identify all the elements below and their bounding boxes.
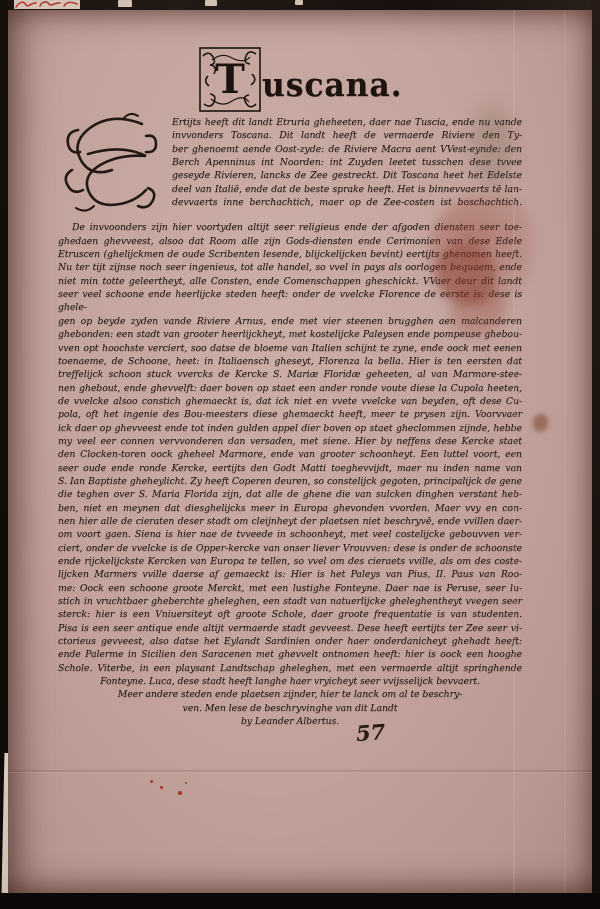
text-line: ctorieus gevveest, also datse het Eyland… xyxy=(58,635,522,648)
text-line: gen op beyde zyden vande Riviere Arnus, … xyxy=(58,315,522,328)
text-line: die teghen over S. Maria Florida zijn, d… xyxy=(58,488,522,501)
red-speck xyxy=(160,786,163,789)
text-line: den Clocken-toren oock gheheel Marmore, … xyxy=(58,448,522,461)
text-line: my veel eer connen vervvonderen dan vers… xyxy=(58,435,522,448)
text-line: niet min totte geleertheyt, alle Consten… xyxy=(58,275,522,288)
text-line: treffelijck schoon stuck vvercks de Kerc… xyxy=(58,368,522,381)
crease-line xyxy=(564,10,566,893)
brown-spot xyxy=(533,414,548,432)
text-line: ben, niet en meynen dat diesghelijcks me… xyxy=(58,502,522,515)
text-line: seer veel schoone ende heerlijcke steden… xyxy=(58,288,522,315)
text-line: nen ghebout, ende ghevvelft: daer boven … xyxy=(58,382,522,395)
scanned-book-photo: { "document": { "title": { "initial": "T… xyxy=(0,0,600,909)
paper-notch xyxy=(205,0,217,6)
red-speck xyxy=(178,791,182,795)
text-line: De invvoonders zijn hier voortyden altij… xyxy=(58,221,522,234)
text-line: ghedaen ghevveest, alsoo dat Room alle z… xyxy=(58,235,522,248)
woodcut-initial-icon: T xyxy=(198,46,262,113)
text-line: om voort gaen. Siena is hier nae de tvve… xyxy=(58,528,522,541)
red-speck xyxy=(185,782,187,784)
text-line: ciert, onder de vvelcke is de Opper-kerc… xyxy=(58,542,522,555)
marginalia-strip xyxy=(14,0,80,9)
text-line: ende Palerme in Sicilien den Saracenen m… xyxy=(58,648,522,661)
crease-line xyxy=(513,10,515,893)
text-line: Schole. Viterbe, in een playsant Landtsc… xyxy=(58,662,522,675)
red-marginalia-icon xyxy=(14,0,80,9)
text-line: stich in vruchtbaer gheberchte gheleghen… xyxy=(58,595,522,608)
paper-notch xyxy=(118,0,132,7)
text-line: seer oude ende ronde Kercke, eertijts de… xyxy=(58,462,522,475)
svg-text:T: T xyxy=(215,56,245,103)
paper-notch xyxy=(295,0,303,5)
paragraph-2: De invvoonders zijn hier voortyden altij… xyxy=(58,221,522,675)
body-text: Ertijts heeft dit landt Etruria gheheete… xyxy=(58,116,522,728)
text-line: me: Oock een schoone groote Merckt, met … xyxy=(58,582,522,595)
text-line: ghebonden: een stadt van grooter heerlij… xyxy=(58,328,522,341)
text-line: lijcken Marmers vville daerse af gemaeck… xyxy=(58,568,522,581)
text-line: Etruscen (ghelijckmen de oude Scribenten… xyxy=(58,248,522,261)
text-line: ick daer op ghevveest ende tot inden gul… xyxy=(58,422,522,435)
text-line: sterck: hier is een Vniuersiteyt oft gro… xyxy=(58,608,522,621)
bottom-edge-band xyxy=(0,893,600,909)
text-line: pola, oft het ingenie des Bou-meesters d… xyxy=(58,408,522,421)
text-line: nen hier alle de cieraten deser stadt om… xyxy=(58,515,522,528)
text-line: Nu ter tijt zijnse noch seer ingenieus, … xyxy=(58,261,522,274)
page-title: uscana. xyxy=(262,68,403,101)
book-page: T uscana. Ertijts heeft dit landt Etruri… xyxy=(8,10,592,893)
red-speck xyxy=(261,561,263,563)
text-line: ende rijckelijckste Kercken van Europa t… xyxy=(58,555,522,568)
page-number: 57 xyxy=(355,719,386,746)
right-edge-band xyxy=(591,0,600,909)
text-line: de vvelcke alsoo constich ghemaeckt is, … xyxy=(58,395,522,408)
red-speck xyxy=(150,780,153,783)
text-line: toenaeme, de Schoone, heet: in Italiaens… xyxy=(58,355,522,368)
crease-line xyxy=(8,770,592,772)
text-line: Pisa is een seer antique ende altijt ver… xyxy=(58,622,522,635)
text-line: Fonteyne. Luca, dese stadt heeft langhe … xyxy=(58,675,522,688)
text-line: ven. Men lese de beschryvinghe van dit L… xyxy=(58,702,522,715)
closing-lines: Fonteyne. Luca, dese stadt heeft langhe … xyxy=(58,675,522,728)
text-line: S. Ian Baptiste gheheylicht. Zy heeft Co… xyxy=(58,475,522,488)
text-line: Meer andere steden ende plaetsen zijnder… xyxy=(58,688,522,701)
drop-cap-icon xyxy=(58,110,166,218)
text-line: vven opt hoochste verciert, soo datse de… xyxy=(58,342,522,355)
text-line: by Leander Albertus. xyxy=(58,715,522,728)
